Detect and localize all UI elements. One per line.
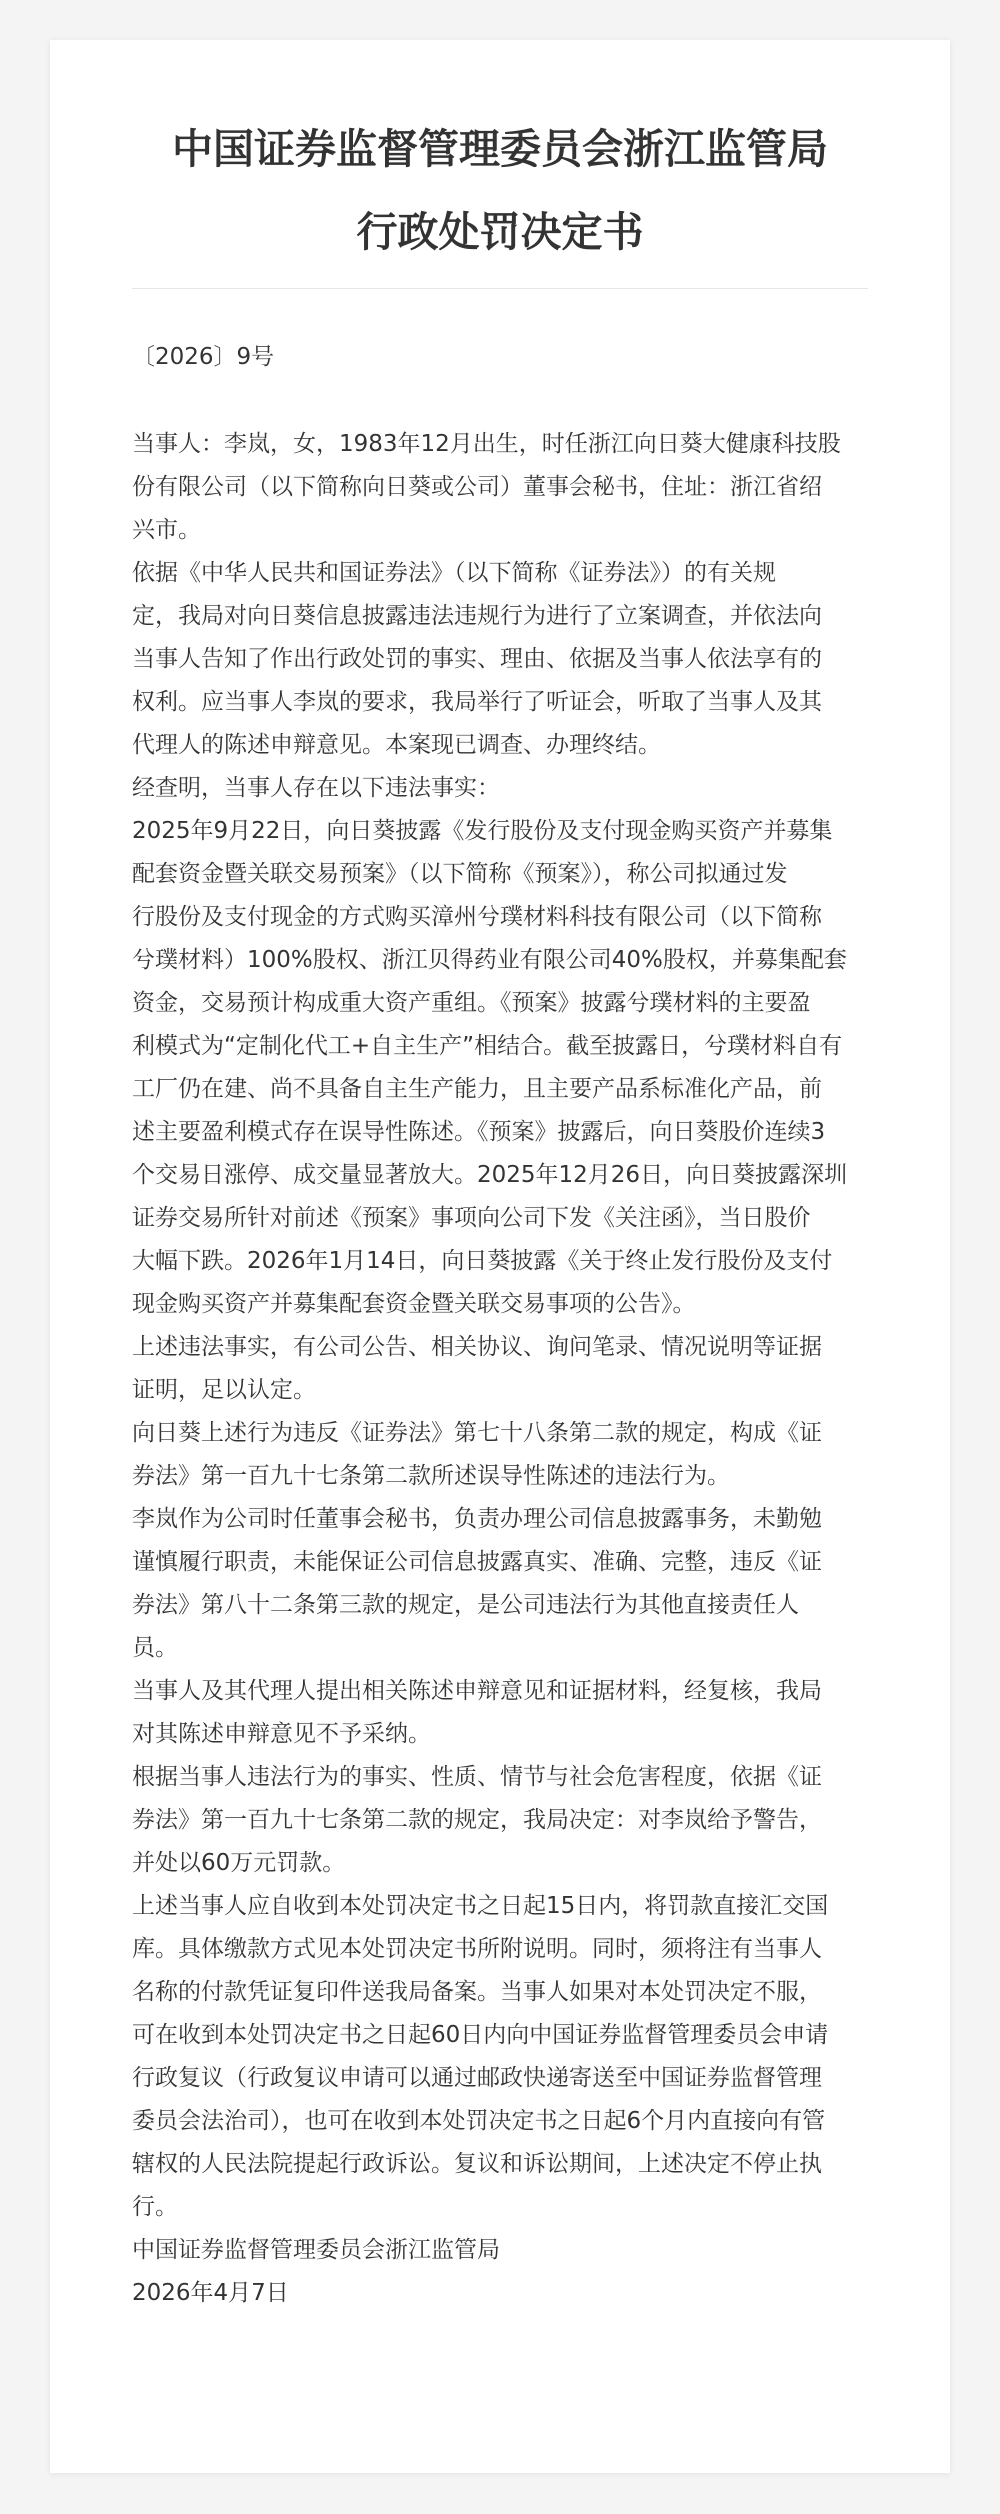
text-line: 证券交易所针对前述《预案》事项向公司下发《关注函》，当日股价 xyxy=(132,1197,868,1240)
text-line: 个交易日涨停、成交量显著放大。2025年12月26日，向日葵披露深圳 xyxy=(132,1154,868,1197)
paragraph-findings-intro: 经查明，当事人存在以下违法事实： xyxy=(132,767,868,810)
document-body: 当事人：李岚，女，1983年12月出生，时任浙江向日葵大健康科技股 份有限公司（… xyxy=(132,423,868,2315)
signature-block: 中国证券监督管理委员会浙江监管局 2026年4月7日 xyxy=(132,2229,868,2315)
text-line: 证明，足以认定。 xyxy=(132,1369,868,1412)
text-line: 权利。应当事人李岚的要求，我局举行了听证会，听取了当事人及其 xyxy=(132,681,868,724)
text-line: 当事人：李岚，女，1983年12月出生，时任浙江向日葵大健康科技股 xyxy=(132,423,868,466)
paragraph-payment-and-appeal: 上述当事人应自收到本处罚决定书之日起15日内，将罚款直接汇交国 库。具体缴款方式… xyxy=(132,1885,868,2229)
text-line: 依据《中华人民共和国证券法》（以下简称《证券法》）的有关规 xyxy=(132,552,868,595)
text-line: 根据当事人违法行为的事实、性质、情节与社会危害程度，依据《证 xyxy=(132,1756,868,1799)
paragraph-party: 当事人：李岚，女，1983年12月出生，时任浙江向日葵大健康科技股 份有限公司（… xyxy=(132,423,868,552)
text-line: 定，我局对向日葵信息披露违法违规行为进行了立案调查，并依法向 xyxy=(132,595,868,638)
text-line: 现金购买资产并募集配套资金暨关联交易事项的公告》。 xyxy=(132,1283,868,1326)
text-line: 述主要盈利模式存在误导性陈述。《预案》披露后，向日葵股价连续3 xyxy=(132,1111,868,1154)
text-line: 份有限公司（以下简称向日葵或公司）董事会秘书，住址：浙江省绍 xyxy=(132,466,868,509)
issue-date: 2026年4月7日 xyxy=(132,2272,868,2315)
text-line: 谨慎履行职责，未能保证公司信息披露真实、准确、完整，违反《证 xyxy=(132,1541,868,1584)
document-number: 〔2026〕9号 xyxy=(132,336,868,379)
paragraph-individual-liability: 李岚作为公司时任董事会秘书，负责办理公司信息披露事务，未勤勉 谨慎履行职责，未能… xyxy=(132,1498,868,1670)
text-line: 配套资金暨关联交易预案》（以下简称《预案》），称公司拟通过发 xyxy=(132,853,868,896)
issuer-name: 中国证券监督管理委员会浙江监管局 xyxy=(132,2229,868,2272)
text-line: 代理人的陈述申辩意见。本案现已调查、办理终结。 xyxy=(132,724,868,767)
text-line: 库。具体缴款方式见本处罚决定书所附说明。同时，须将注有当事人 xyxy=(132,1928,868,1971)
paragraph-defense: 当事人及其代理人提出相关陈述申辩意见和证据材料，经复核，我局 对其陈述申辩意见不… xyxy=(132,1670,868,1756)
document-title: 中国证券监督管理委员会浙江监管局 行政处罚决定书 xyxy=(132,108,868,289)
text-line: 兮璞材料）100%股权、浙江贝得药业有限公司40%股权，并募集配套 xyxy=(132,939,868,982)
text-line: 上述当事人应自收到本处罚决定书之日起15日内，将罚款直接汇交国 xyxy=(132,1885,868,1928)
text-line: 行。 xyxy=(132,2186,868,2229)
text-line: 向日葵上述行为违反《证券法》第七十八条第二款的规定，构成《证 xyxy=(132,1412,868,1455)
text-line: 大幅下跌。2026年1月14日，向日葵披露《关于终止发行股份及支付 xyxy=(132,1240,868,1283)
text-line: 并处以60万元罚款。 xyxy=(132,1842,868,1885)
paragraph-facts: 2025年9月22日，向日葵披露《发行股份及支付现金购买资产并募集 配套资金暨关… xyxy=(132,810,868,1326)
text-line: 委员会法治司），也可在收到本处罚决定书之日起6个月内直接向有管 xyxy=(132,2100,868,2143)
text-line: 券法》第一百九十七条第二款所述误导性陈述的违法行为。 xyxy=(132,1455,868,1498)
paragraph-basis: 依据《中华人民共和国证券法》（以下简称《证券法》）的有关规 定，我局对向日葵信息… xyxy=(132,552,868,767)
text-line: 经查明，当事人存在以下违法事实： xyxy=(132,767,868,810)
paragraph-evidence: 上述违法事实，有公司公告、相关协议、询问笔录、情况说明等证据 证明，足以认定。 xyxy=(132,1326,868,1412)
text-line: 券法》第一百九十七条第二款的规定，我局决定：对李岚给予警告， xyxy=(132,1799,868,1842)
text-line: 2025年9月22日，向日葵披露《发行股份及支付现金购买资产并募集 xyxy=(132,810,868,853)
text-line: 辖权的人民法院提起行政诉讼。复议和诉讼期间，上述决定不停止执 xyxy=(132,2143,868,2186)
text-line: 对其陈述申辩意见不予采纳。 xyxy=(132,1713,868,1756)
text-line: 当事人及其代理人提出相关陈述申辩意见和证据材料，经复核，我局 xyxy=(132,1670,868,1713)
text-line: 券法》第八十二条第三款的规定，是公司违法行为其他直接责任人 xyxy=(132,1584,868,1627)
text-line: 利模式为“定制化代工+自主生产”相结合。截至披露日，兮璞材料自有 xyxy=(132,1025,868,1068)
text-line: 行股份及支付现金的方式购买漳州兮璞材料科技有限公司（以下简称 xyxy=(132,896,868,939)
paragraph-company-violation: 向日葵上述行为违反《证券法》第七十八条第二款的规定，构成《证 券法》第一百九十七… xyxy=(132,1412,868,1498)
document-card: 中国证券监督管理委员会浙江监管局 行政处罚决定书 〔2026〕9号 当事人：李岚… xyxy=(50,40,950,2473)
paragraph-decision: 根据当事人违法行为的事实、性质、情节与社会危害程度，依据《证 券法》第一百九十七… xyxy=(132,1756,868,1885)
text-line: 兴市。 xyxy=(132,509,868,552)
text-line: 员。 xyxy=(132,1627,868,1670)
text-line: 可在收到本处罚决定书之日起60日内向中国证券监督管理委员会申请 xyxy=(132,2014,868,2057)
title-line-2: 行政处罚决定书 xyxy=(132,191,868,274)
title-line-1: 中国证券监督管理委员会浙江监管局 xyxy=(132,108,868,191)
text-line: 名称的付款凭证复印件送我局备案。当事人如果对本处罚决定不服， xyxy=(132,1971,868,2014)
text-line: 李岚作为公司时任董事会秘书，负责办理公司信息披露事务，未勤勉 xyxy=(132,1498,868,1541)
text-line: 行政复议（行政复议申请可以通过邮政快递寄送至中国证券监督管理 xyxy=(132,2057,868,2100)
text-line: 当事人告知了作出行政处罚的事实、理由、依据及当事人依法享有的 xyxy=(132,638,868,681)
text-line: 工厂仍在建、尚不具备自主生产能力，且主要产品系标准化产品，前 xyxy=(132,1068,868,1111)
text-line: 资金，交易预计构成重大资产重组。《预案》披露兮璞材料的主要盈 xyxy=(132,982,868,1025)
text-line: 上述违法事实，有公司公告、相关协议、询问笔录、情况说明等证据 xyxy=(132,1326,868,1369)
